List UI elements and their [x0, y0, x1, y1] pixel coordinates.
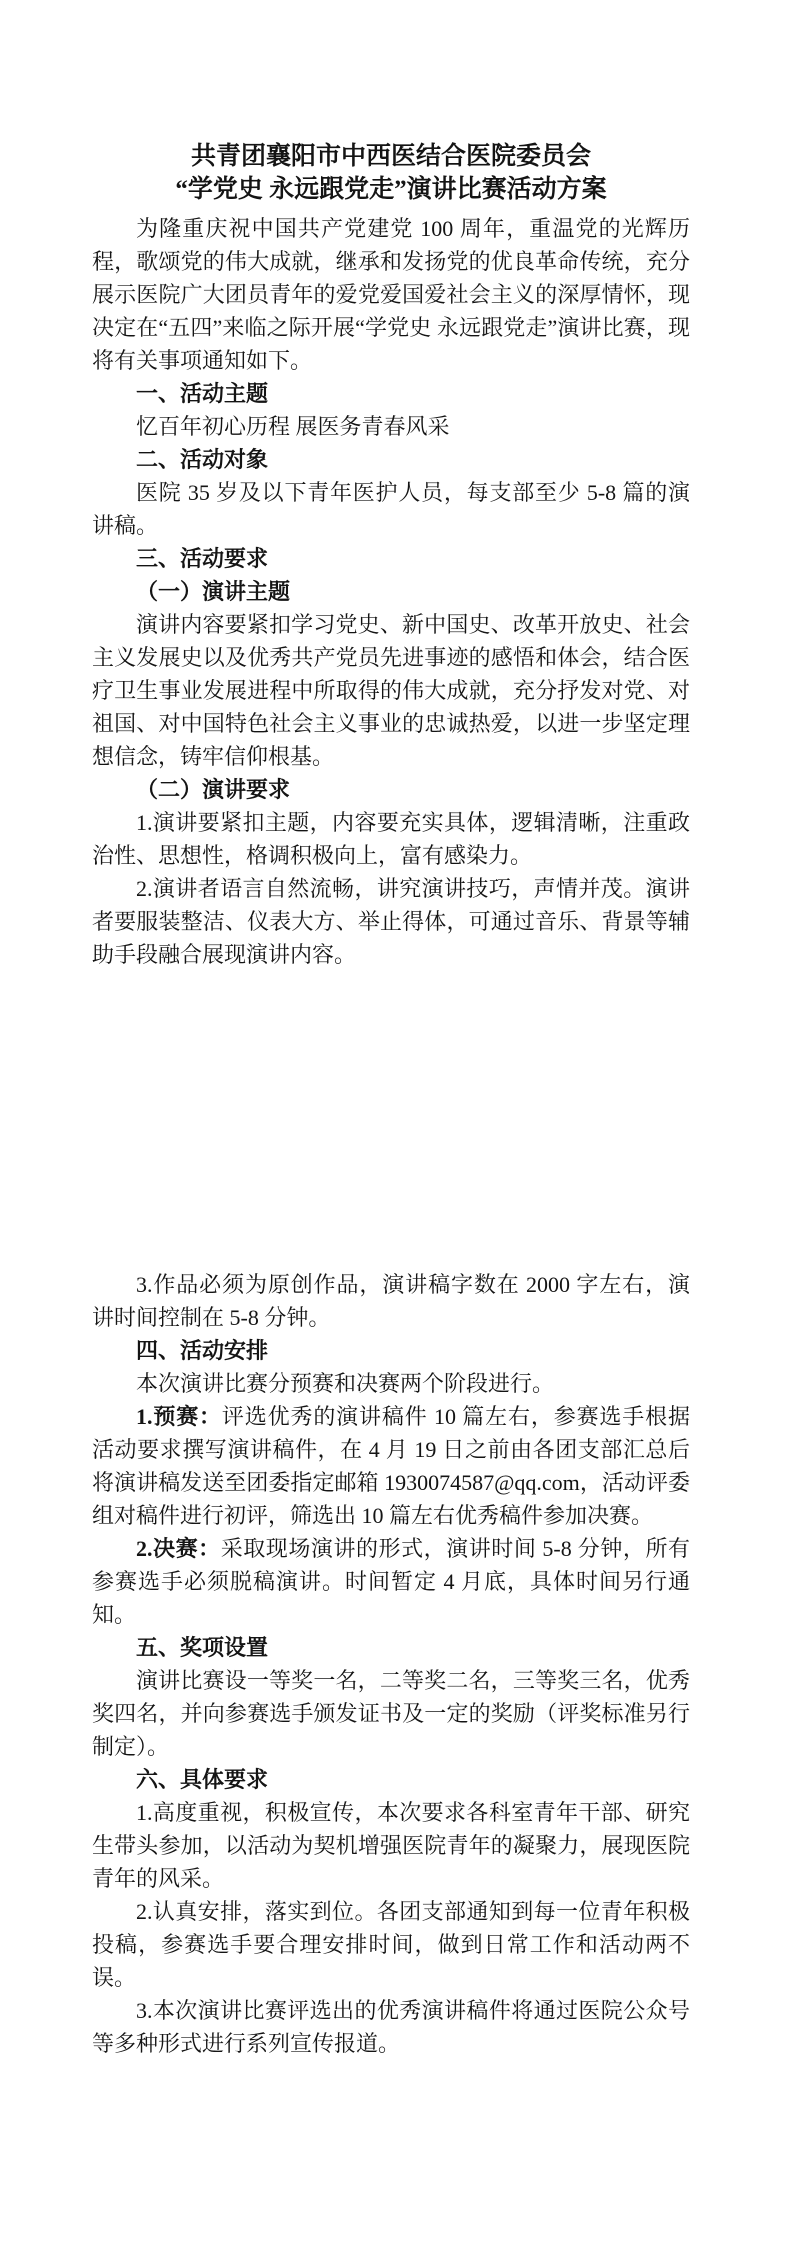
paragraph-text: 3.本次演讲比赛评选出的优秀演讲稿件将通过医院公众号等多种形式进行系列宣传报道。 — [92, 1998, 690, 2056]
paragraph-bold-lead: 1.预赛： — [136, 1404, 222, 1429]
sub-heading: （二）演讲要求 — [92, 773, 690, 806]
paragraph: 3.本次演讲比赛评选出的优秀演讲稿件将通过医院公众号等多种形式进行系列宣传报道。 — [92, 1994, 690, 2060]
paragraph: 1.预赛：评选优秀的演讲稿件 10 篇左右，参赛选手根据活动要求撰写演讲稿件，在… — [92, 1400, 690, 1532]
paragraph: 忆百年初心历程 展医务青春风采 — [92, 410, 690, 443]
paragraph-text: 演讲内容要紧扣学习党史、新中国史、改革开放史、社会主义发展史以及优秀共产党员先进… — [92, 612, 690, 769]
paragraph-text: 演讲比赛设一等奖一名，二等奖二名，三等奖三名，优秀奖四名，并向参赛选手颁发证书及… — [92, 1668, 690, 1759]
paragraph: 2.决赛：采取现场演讲的形式，演讲时间 5-8 分钟，所有参赛选手必须脱稿演讲。… — [92, 1532, 690, 1631]
document-page: 共青团襄阳市中西医结合医院委员会 “学党史 永远跟党走”演讲比赛活动方案 为隆重… — [0, 0, 793, 2244]
paragraph: 本次演讲比赛分预赛和决赛两个阶段进行。 — [92, 1367, 690, 1400]
paragraph: 2.认真安排，落实到位。各团支部通知到每一位青年积极投稿，参赛选手要合理安排时间… — [92, 1895, 690, 1994]
page-break-gap — [92, 971, 690, 1268]
paragraph: 1.高度重视，积极宣传，本次要求各科室青年干部、研究生带头参加，以活动为契机增强… — [92, 1796, 690, 1895]
paragraph: 2.演讲者语言自然流畅，讲究演讲技巧，声情并茂。演讲者要服装整洁、仪表大方、举止… — [92, 872, 690, 971]
document-title-line-2: “学党史 永远跟党走”演讲比赛活动方案 — [92, 173, 690, 206]
document-title: 共青团襄阳市中西医结合医院委员会 “学党史 永远跟党走”演讲比赛活动方案 — [92, 140, 690, 206]
section-heading: 六、具体要求 — [92, 1763, 690, 1796]
paragraph-text: 2.演讲者语言自然流畅，讲究演讲技巧，声情并茂。演讲者要服装整洁、仪表大方、举止… — [92, 876, 690, 967]
paragraph: 演讲比赛设一等奖一名，二等奖二名，三等奖三名，优秀奖四名，并向参赛选手颁发证书及… — [92, 1664, 690, 1763]
section-heading: 三、活动要求 — [92, 542, 690, 575]
paragraph-text: 1.高度重视，积极宣传，本次要求各科室青年干部、研究生带头参加，以活动为契机增强… — [92, 1800, 690, 1891]
paragraph-text: 医院 35 岁及以下青年医护人员，每支部至少 5-8 篇的演讲稿。 — [92, 480, 690, 538]
paragraph: 为隆重庆祝中国共产党建党 100 周年，重温党的光辉历程，歌颂党的伟大成就，继承… — [92, 212, 690, 377]
document-title-line-1: 共青团襄阳市中西医结合医院委员会 — [92, 140, 690, 173]
paragraph-text: 本次演讲比赛分预赛和决赛两个阶段进行。 — [136, 1371, 554, 1396]
paragraph-text: 3.作品必须为原创作品，演讲稿字数在 2000 字左右，演讲时间控制在 5-8 … — [92, 1272, 690, 1330]
paragraph-text: 2.认真安排，落实到位。各团支部通知到每一位青年积极投稿，参赛选手要合理安排时间… — [92, 1899, 690, 1990]
paragraph: 1.演讲要紧扣主题，内容要充实具体，逻辑清晰，注重政治性、思想性，格调积极向上，… — [92, 806, 690, 872]
paragraph: 演讲内容要紧扣学习党史、新中国史、改革开放史、社会主义发展史以及优秀共产党员先进… — [92, 608, 690, 773]
document-body: 为隆重庆祝中国共产党建党 100 周年，重温党的光辉历程，歌颂党的伟大成就，继承… — [92, 212, 690, 2060]
section-heading: 五、奖项设置 — [92, 1631, 690, 1664]
paragraph-bold-lead: 2.决赛： — [136, 1536, 221, 1561]
paragraph: 3.作品必须为原创作品，演讲稿字数在 2000 字左右，演讲时间控制在 5-8 … — [92, 1268, 690, 1334]
paragraph-text: 为隆重庆祝中国共产党建党 100 周年，重温党的光辉历程，歌颂党的伟大成就，继承… — [92, 216, 690, 373]
section-heading: 二、活动对象 — [92, 443, 690, 476]
paragraph-text: 忆百年初心历程 展医务青春风采 — [136, 414, 450, 439]
paragraph-text: 1.演讲要紧扣主题，内容要充实具体，逻辑清晰，注重政治性、思想性，格调积极向上，… — [92, 810, 690, 868]
sub-heading: （一）演讲主题 — [92, 575, 690, 608]
section-heading: 四、活动安排 — [92, 1334, 690, 1367]
section-heading: 一、活动主题 — [92, 377, 690, 410]
paragraph: 医院 35 岁及以下青年医护人员，每支部至少 5-8 篇的演讲稿。 — [92, 476, 690, 542]
